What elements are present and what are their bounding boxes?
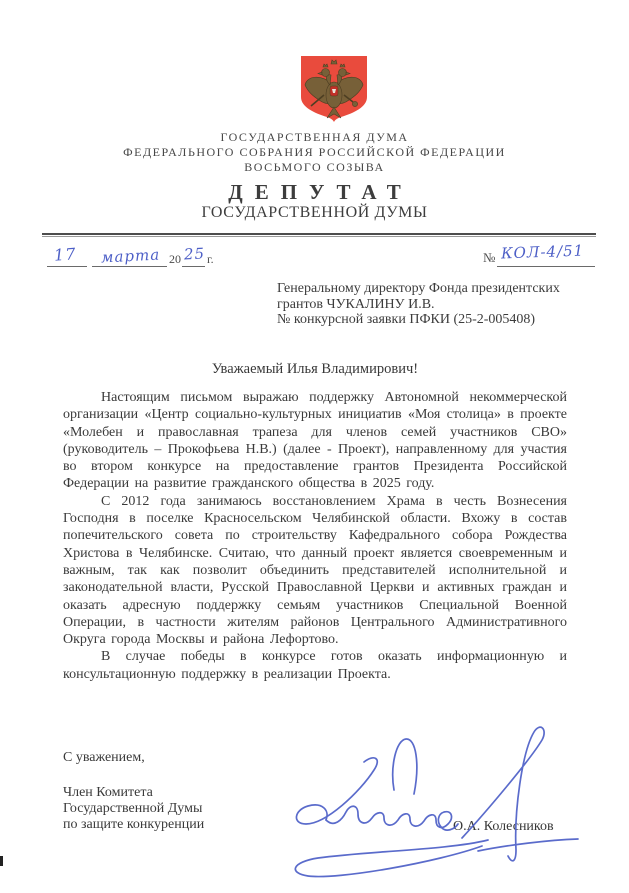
org-name-line1: ГОСУДАРСТВЕННАЯ ДУМА	[0, 130, 629, 145]
handwritten-day: 17	[53, 244, 77, 265]
number-underline	[497, 266, 595, 267]
date-underline-year	[182, 266, 205, 267]
addressee-line3: № конкурсной заявки ПФКИ (25-2-005408)	[277, 312, 573, 328]
deputy-title: ДЕПУТАТ	[0, 180, 629, 205]
letterhead-divider	[42, 233, 596, 240]
signer-position-line2: Государственной Думы	[63, 801, 204, 817]
handwritten-month: марта	[101, 245, 161, 266]
body-paragraph-3: В случае победы в конкурсе готов оказать…	[63, 648, 567, 683]
date-underline-month	[92, 266, 167, 267]
handwritten-signature-icon	[278, 712, 580, 888]
date-underline-day	[47, 266, 87, 267]
printed-century: 20	[169, 252, 181, 267]
handwritten-outgoing-number: КОЛ-4/51	[501, 242, 585, 263]
printed-year-suffix: г.	[207, 252, 214, 267]
org-convocation: ВОСЬМОГО СОЗЫВА	[0, 160, 629, 175]
salutation: Уважаемый Илья Владимирович!	[63, 361, 567, 378]
signer-position-line1: Член Комитета	[63, 785, 204, 801]
signer-position-line3: по защите конкуренции	[63, 817, 204, 833]
org-name-line2: ФЕДЕРАЛЬНОГО СОБРАНИЯ РОССИЙСКОЙ ФЕДЕРАЦ…	[0, 145, 629, 160]
scan-artifact	[0, 856, 3, 866]
scanned-letter-page: ГОСУДАРСТВЕННАЯ ДУМА ФЕДЕРАЛЬНОГО СОБРАН…	[0, 0, 629, 893]
addressee-line1: Генеральному директору Фонда президентск…	[277, 281, 573, 297]
addressee-line2: грантов ЧУКАЛИНУ И.В.	[277, 297, 573, 313]
number-sign: №	[483, 250, 495, 266]
addressee-block: Генеральному директору Фонда президентск…	[277, 281, 573, 328]
deputy-subtitle: ГОСУДАРСТВЕННОЙ ДУМЫ	[0, 204, 629, 222]
body-paragraph-1: Настоящим письмом выражаю поддержку Авто…	[63, 389, 567, 493]
body-paragraph-2: С 2012 года занимаюсь восстановлением Хр…	[63, 493, 567, 649]
letter-body: Настоящим письмом выражаю поддержку Авто…	[63, 389, 567, 683]
closing-regards: С уважением,	[63, 750, 145, 766]
signer-position-block: Член Комитета Государственной Думы по за…	[63, 785, 204, 833]
handwritten-year: 25	[184, 244, 206, 263]
russia-coat-of-arms-icon	[298, 55, 370, 123]
